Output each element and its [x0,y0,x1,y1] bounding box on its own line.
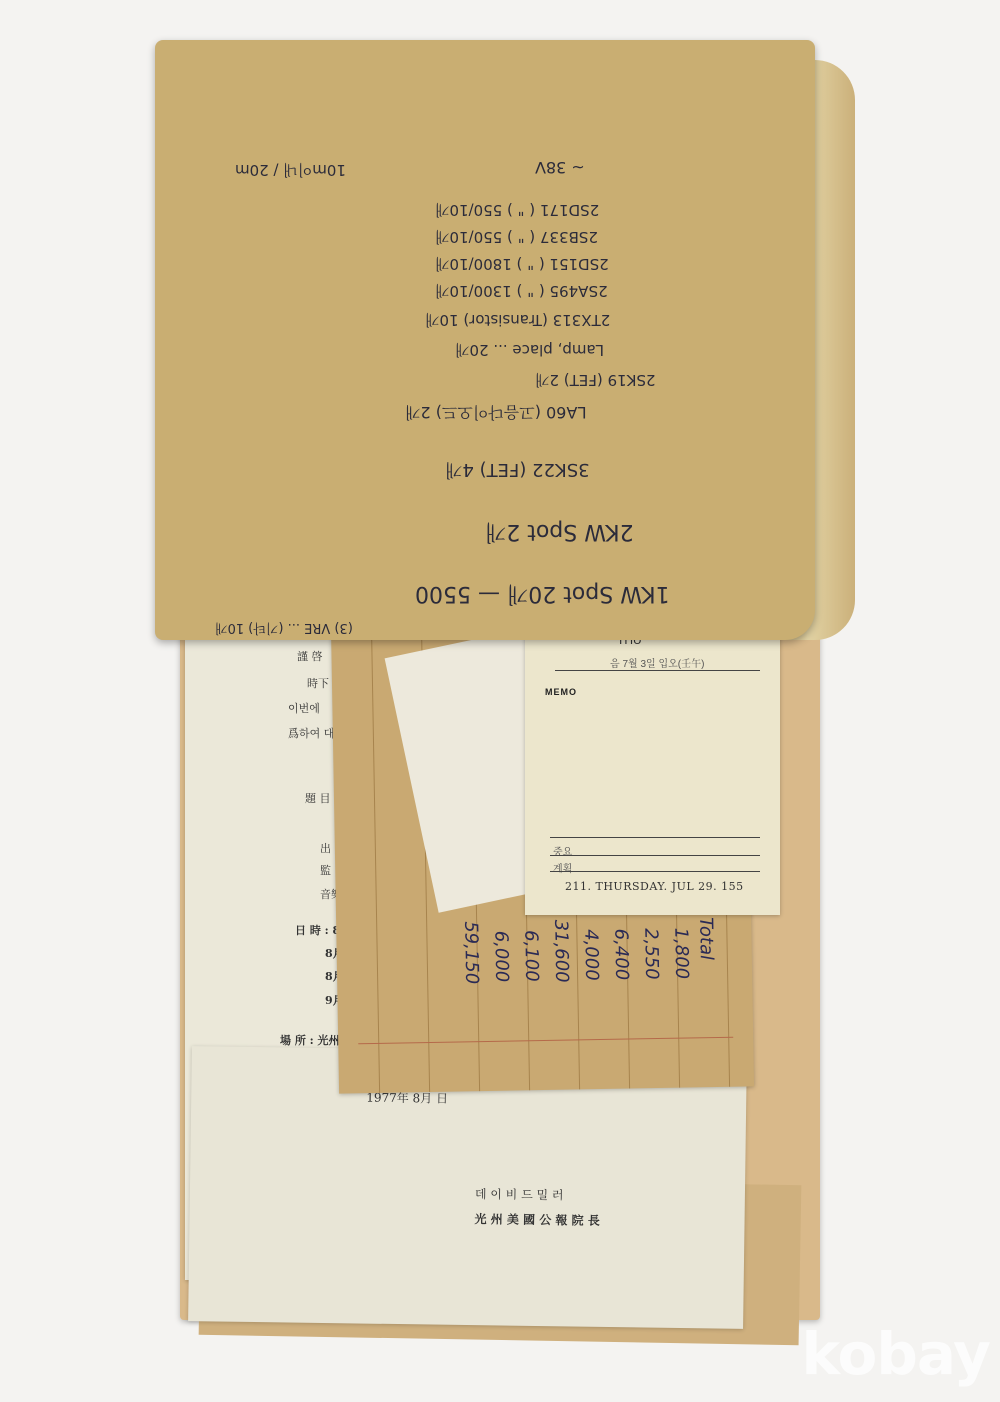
ledger-value: 31,600 [550,920,572,983]
signature-name: 데 이 비 드 밀 러 [475,1185,564,1203]
kobay-watermark: kobay [801,1320,990,1388]
handwritten-list-page: ~ 38V 10m이내 / 20m 2SD171 ( " ) 550/10개 2… [155,40,815,640]
signature-title: 光 州 美 國 公 報 院 長 [474,1210,599,1229]
ledger-value: 6,400 [610,928,632,980]
memo-lunar-date: 음 7월 3일 입오(壬午) [610,655,704,670]
letter-line: 時下 [307,675,329,691]
hw-item: Lamp, place ... 20개 [455,340,604,361]
hw-item: 3SK22 (FET) 4개 [445,458,590,484]
hw-item: 2TX313 (Transistor) 10개 [425,310,610,331]
letter-line: 爲하여 대 [288,725,334,741]
ledger-header: Total [695,917,717,960]
letter-line: 出 [320,840,331,856]
ledger-value: 6,000 [490,931,512,983]
memo-footer: 211. THURSDAY. JUL 29. 155 [565,880,744,893]
letter-line: 場 所 : 光州 [280,1032,340,1048]
hw-item: 1KW Spot 20개 — 5500 [415,580,670,611]
ledger-value: 2,550 [640,928,662,980]
hw-item: 2SB337 ( " ) 550/10개 [435,227,598,248]
letter-line: 題 目 [305,790,331,806]
hw-item: 2SA495 ( " ) 1300/10개 [435,281,608,302]
memo-title: MEMO [545,687,577,697]
memo-field-plan: 계획 [553,860,572,875]
hw-item: 2SK19 (FET) 2개 [535,370,656,391]
hw-item: (3) VRE ... (기타) 10개 [215,620,353,639]
hw-item: 2SD151 ( " ) 1800/10개 [435,254,609,275]
hw-item: LA60 (고음다이오드) 2개 [405,402,587,425]
ledger-value: 4,000 [580,929,602,981]
memo-slip: 목요일 THU 음 7월 3일 입오(壬午) MEMO 중요 계획 211. T… [525,615,780,915]
hw-item: ~ 38V [535,158,585,177]
letter-line: 이번에 [288,700,320,716]
letter-line: 監 [320,862,331,878]
hw-item: 2SD171 ( " ) 550/10개 [435,200,599,221]
ledger-value: 1,800 [670,927,692,979]
hw-note: 10m이내 / 20m [235,160,346,181]
ledger-value: 6,100 [520,930,542,982]
ledger-value: 59,150 [460,921,482,984]
hw-item: 2KW Spot 2개 [485,518,634,549]
letter-line: 謹 啓 [297,648,323,664]
